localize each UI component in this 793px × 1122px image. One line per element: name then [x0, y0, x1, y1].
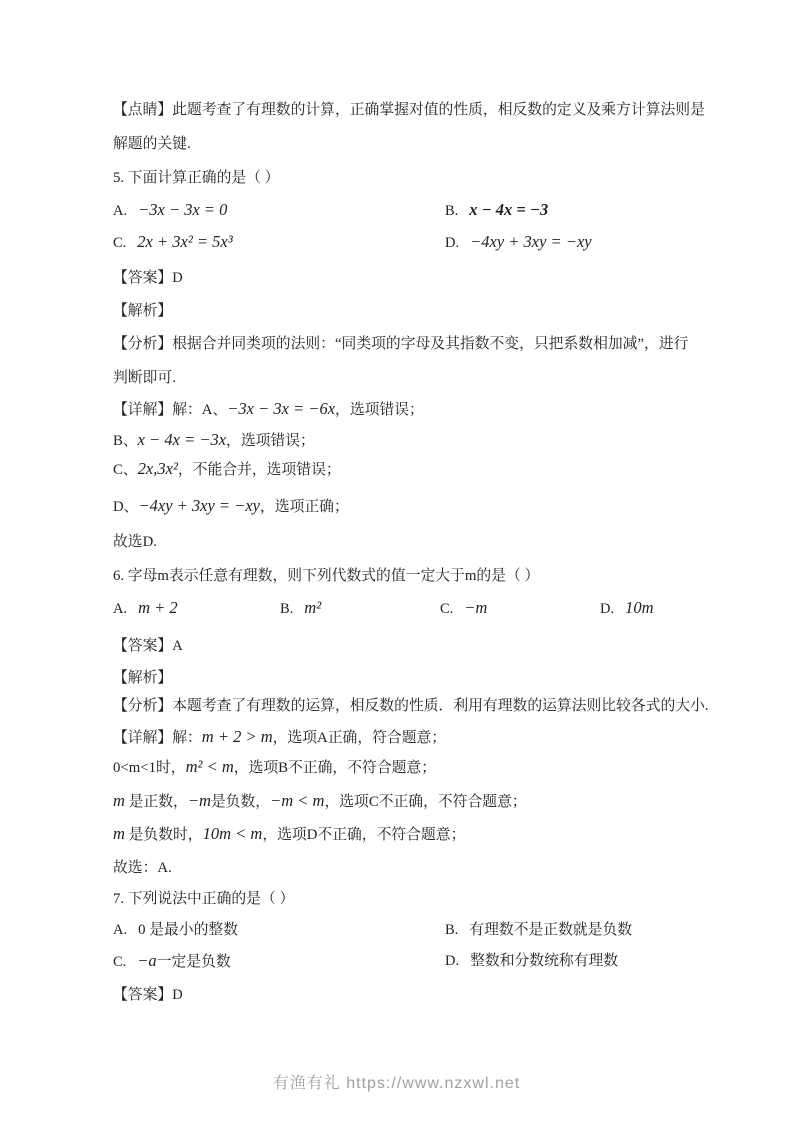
q5-option-b-formula: x − 4x = −3 — [469, 200, 548, 219]
q6-option-a: A.m + 2 — [113, 598, 178, 619]
q7-option-a-label: A. — [113, 922, 127, 938]
q5-fenxi-line-2: 判断即可. — [113, 368, 176, 388]
q5-option-a: A.−3x − 3x = 0 — [113, 200, 227, 221]
q5-answer-value: D — [172, 270, 182, 286]
q5-detail-line-3: C、2x,3x²，不能合并，选项错误； — [113, 459, 341, 480]
q6-option-a-label: A. — [113, 601, 127, 617]
q7-answer-line: 【答案】D — [113, 985, 183, 1005]
q5-option-b-label: B. — [445, 203, 458, 219]
q5-title: 5. 下面计算正确的是（ ） — [113, 168, 279, 188]
q5-detail-line-2: B、x − 4x = −3x，选项错误； — [113, 430, 315, 451]
q5-option-b: B.x − 4x = −3 — [445, 200, 548, 221]
q7-option-b: B.有理数不是正数就是负数 — [445, 920, 632, 940]
q5-option-d: D.−4xy + 3xy = −xy — [445, 232, 592, 253]
q6-d4-formula: 10m < m — [203, 824, 263, 843]
q6-answer-value: A — [172, 638, 182, 654]
q5-option-c-label: C. — [113, 235, 126, 251]
q5-answer-tag: 【答案】 — [113, 270, 172, 286]
q6-option-b-formula: m² — [304, 598, 321, 617]
q7-option-d: D.整数和分数统称有理数 — [445, 951, 618, 971]
q6-d3-text-2: 是负数， — [211, 794, 270, 810]
q6-d3-formula: −m < m — [270, 791, 324, 810]
q5-d1-suffix: ，选项错误； — [335, 402, 424, 418]
q5-detail-line-1: 【详解】解：A、−3x − 3x = −6x，选项错误； — [113, 399, 424, 420]
q5-d1-formula: −3x − 3x = −6x — [227, 399, 335, 418]
q6-option-c-formula: −m — [464, 598, 487, 617]
q6-d2-formula: m² < m — [186, 757, 234, 776]
q6-option-c: C.−m — [440, 598, 487, 619]
q6-d4-text-2: ，选项D不正确，不符合题意； — [262, 827, 465, 843]
q5-d1-prefix: 【详解】解：A、 — [113, 402, 227, 418]
q6-d4-text-1: 是负数时， — [125, 827, 203, 843]
q5-option-a-formula: −3x − 3x = 0 — [138, 200, 227, 219]
q7-answer-tag: 【答案】 — [113, 987, 172, 1003]
q6-d3-text-1: 是正数， — [125, 794, 188, 810]
q7-option-c: C.−a一定是负数 — [113, 951, 231, 972]
q6-d3-text-3: ，选项C不正确，不符合题意； — [324, 794, 526, 810]
q6-d3-var-1: m — [113, 791, 125, 810]
q5-option-d-formula: −4xy + 3xy = −xy — [470, 232, 591, 251]
q7-option-b-label: B. — [445, 922, 458, 938]
q5-option-c: C.2x + 3x² = 5x³ — [113, 232, 233, 253]
q6-detail-line-3: m 是正数，−m是负数，−m < m，选项C不正确，不符合题意； — [113, 791, 527, 812]
q5-conclusion: 故选D. — [113, 532, 157, 552]
q6-option-a-formula: m + 2 — [138, 598, 178, 617]
q6-fenxi-line: 【分析】本题考查了有理数的运算，相反数的性质．利用有理数的运算法则比较各式的大小… — [113, 696, 709, 716]
q6-answer-line: 【答案】A — [113, 636, 183, 656]
q7-option-c-formula: −a — [137, 951, 156, 970]
q5-analysis-heading: 【解析】 — [113, 301, 172, 321]
q6-d2-text-2: 时， — [156, 760, 186, 776]
q6-option-c-label: C. — [440, 601, 453, 617]
q5-detail-line-4: D、−4xy + 3xy = −xy，选项正确； — [113, 496, 349, 517]
q5-fenxi-line-1: 【分析】根据合并同类项的法则：“同类项的字母及其指数不变，只把系数相加减”，进行 — [113, 334, 688, 354]
q5-d3-suffix: ，不能合并，选项错误； — [178, 462, 341, 478]
q6-d4-var: m — [113, 824, 125, 843]
q5-answer-line: 【答案】D — [113, 268, 183, 288]
q7-option-c-text: 一定是负数 — [157, 954, 231, 970]
q7-title: 7. 下列说法中正确的是（ ） — [113, 889, 294, 909]
q6-analysis-heading: 【解析】 — [113, 668, 172, 688]
q7-option-b-text: 有理数不是正数就是负数 — [469, 922, 632, 938]
q5-d4-prefix: D、 — [113, 499, 138, 515]
q6-option-d: D.10m — [600, 598, 654, 619]
q6-d1-formula: m + 2 > m — [202, 727, 273, 746]
q6-option-b-label: B. — [280, 601, 293, 617]
q5-option-d-label: D. — [445, 235, 459, 251]
q5-d3-prefix: C、 — [113, 462, 138, 478]
q7-option-d-label: D. — [445, 953, 459, 969]
q6-option-d-formula: 10m — [625, 598, 653, 617]
q5-d2-prefix: B、 — [113, 433, 138, 449]
q5-d3-formula: 2x,3x² — [138, 459, 178, 478]
q6-conclusion: 故选：A. — [113, 858, 172, 878]
q7-option-a-text: 0 是最小的整数 — [138, 922, 238, 938]
q6-d2-text-1: 0<m<1 — [113, 760, 156, 776]
q7-option-a: A.0 是最小的整数 — [113, 920, 238, 940]
remark-line-2: 解题的关键. — [113, 134, 191, 154]
q6-d2-text-3: ，选项B不正确，不符合题意； — [234, 760, 436, 776]
q6-d1-suffix: ，选项A正确，符合题意； — [273, 730, 446, 746]
q6-detail-line-4: m 是负数时，10m < m，选项D不正确，不符合题意； — [113, 824, 465, 845]
q5-d2-formula: x − 4x = −3x — [138, 430, 226, 449]
q6-answer-tag: 【答案】 — [113, 638, 172, 654]
q6-d1-prefix: 【详解】解： — [113, 730, 202, 746]
q6-detail-line-1: 【详解】解：m + 2 > m，选项A正确，符合题意； — [113, 727, 446, 748]
q7-answer-value: D — [172, 987, 182, 1003]
q5-option-c-formula: 2x + 3x² = 5x³ — [137, 232, 232, 251]
q5-d4-suffix: ，选项正确； — [260, 499, 349, 515]
remark-line-1: 【点睛】此题考查了有理数的计算，正确掌握对值的性质，相反数的定义及乘方计算法则是 — [113, 100, 705, 120]
q7-option-d-text: 整数和分数统称有理数 — [470, 953, 618, 969]
footer-watermark: 有渔有礼 https://www.nzxwl.net — [0, 1070, 793, 1093]
q5-d4-formula: −4xy + 3xy = −xy — [138, 496, 259, 515]
q7-option-c-label: C. — [113, 954, 126, 970]
q5-option-a-label: A. — [113, 203, 127, 219]
q6-option-d-label: D. — [600, 601, 614, 617]
q6-d3-var-2: −m — [188, 791, 211, 810]
q6-option-b: B.m² — [280, 598, 321, 619]
document-page: 【点睛】此题考查了有理数的计算，正确掌握对值的性质，相反数的定义及乘方计算法则是… — [0, 0, 793, 1122]
q5-d2-suffix: ，选项错误； — [226, 433, 315, 449]
q6-detail-line-2: 0<m<1时，m² < m，选项B不正确，不符合题意； — [113, 757, 436, 778]
q6-title: 6. 字母m表示任意有理数，则下列代数式的值一定大于m的是（ ） — [113, 566, 539, 586]
